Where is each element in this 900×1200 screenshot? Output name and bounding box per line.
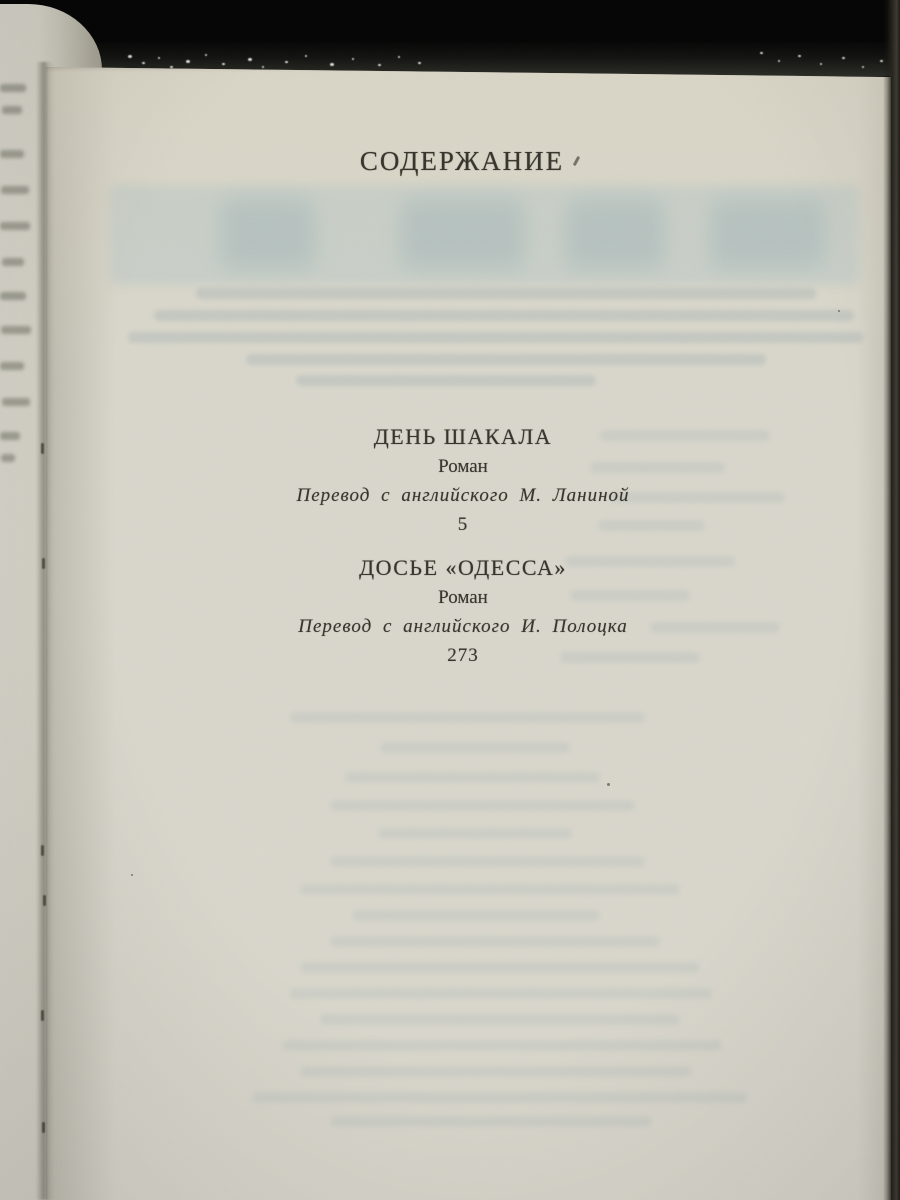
toc-entry-title: ДЕНЬ ШАКАЛА [13,422,900,452]
toc-entry-translation: Перевод с английского И. Полоцка [13,612,900,642]
printed-text-layer: СОДЕРЖАНИЕ ДЕНЬ ШАКАЛА Роман Перевод с а… [0,0,900,1200]
page-block-edge [883,0,900,1200]
toc-entry-genre: Роман [13,583,900,612]
toc-entry-page-number: 273 [13,642,900,670]
toc-entry-translation: Перевод с английского М. Ланиной [13,481,900,511]
toc-entry: ДОСЬЕ «ОДЕССА» Роман Перевод с английско… [13,553,900,670]
toc-entry: ДЕНЬ ШАКАЛА Роман Перевод с английского … [13,422,900,539]
toc-entry-title: ДОСЬЕ «ОДЕССА» [13,553,900,583]
book-photo: СОДЕРЖАНИЕ ДЕНЬ ШАКАЛА Роман Перевод с а… [0,0,900,1200]
toc-list: ДЕНЬ ШАКАЛА Роман Перевод с английского … [13,422,900,670]
toc-heading: СОДЕРЖАНИЕ [12,146,900,177]
toc-entry-page-number: 5 [13,511,900,539]
toc-entry-genre: Роман [13,452,900,481]
